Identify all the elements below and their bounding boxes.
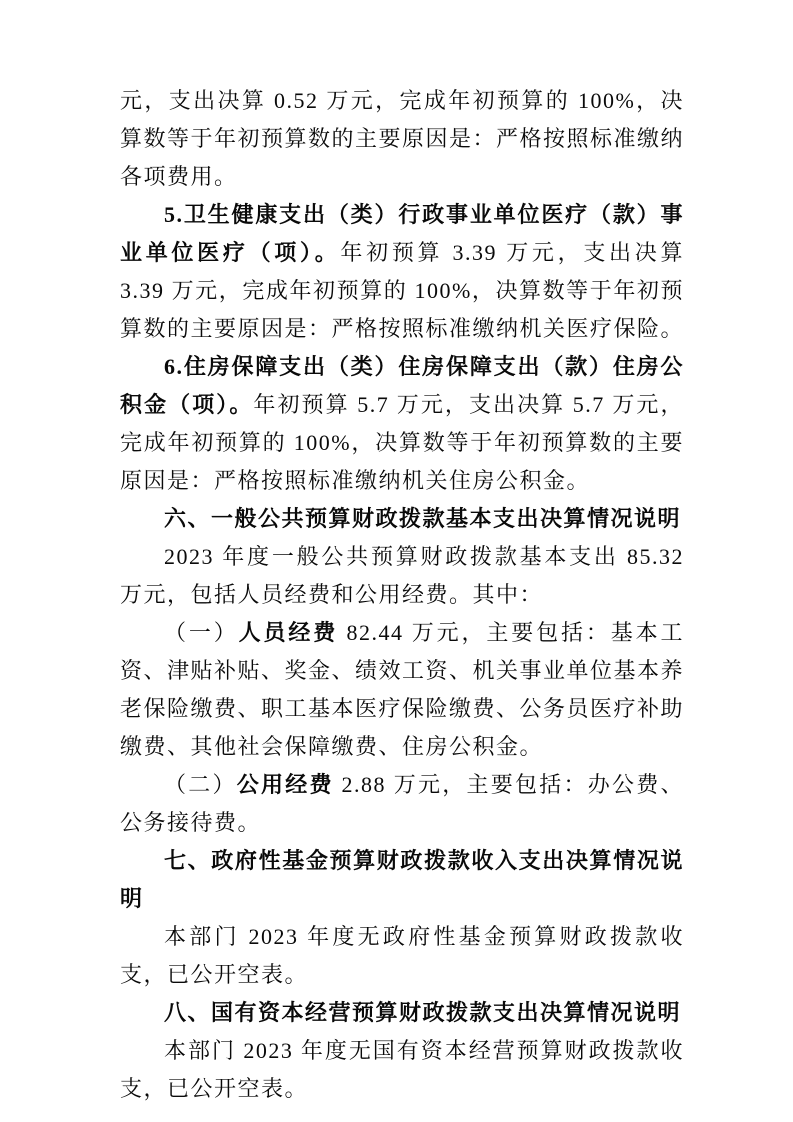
heading-section-7: 七、政府性基金预算财政拨款收入支出决算情况说明 [120, 842, 684, 918]
heading-section-8: 八、国有资本经营预算财政拨款支出决算情况说明 [120, 994, 684, 1032]
paragraph-section-6-intro: 2023 年度一般公共预算财政拨款基本支出 85.32 万元，包括人员经费和公用… [120, 538, 684, 614]
heading-section-6: 六、一般公共预算财政拨款基本支出决算情况说明 [120, 500, 684, 538]
public-expense-label: 公用经费 [237, 772, 334, 797]
heading-section-8-text: 八、国有资本经营预算财政拨款支出决算情况说明 [164, 1000, 681, 1025]
paragraph-public-expense: （二）公用经费 2.88 万元，主要包括：办公费、公务接待费。 [120, 766, 684, 842]
document-page: { "page": { "background": "#ffffff", "te… [0, 0, 793, 1122]
paragraph-item-5: 5.卫生健康支出（类）行政事业单位医疗（款）事业单位医疗（项）。年初预算 3.3… [120, 196, 684, 348]
paragraph-item-6: 6.住房保障支出（类）住房保障支出（款）住房公积金（项）。年初预算 5.7 万元… [120, 348, 684, 500]
carryover-text: 元，支出决算 0.52 万元，完成年初预算的 100%，决算数等于年初预算数的主… [120, 88, 684, 189]
personnel-expense-prefix: （一） [164, 620, 239, 645]
personnel-expense-label: 人员经费 [239, 620, 338, 645]
public-expense-prefix: （二） [164, 772, 237, 797]
paragraph-section-8-body: 本部门 2023 年度无国有资本经营预算财政拨款收支，已公开空表。 [120, 1032, 684, 1108]
section-8-body-text: 本部门 2023 年度无国有资本经营预算财政拨款收支，已公开空表。 [120, 1038, 684, 1101]
section-6-intro-text: 2023 年度一般公共预算财政拨款基本支出 85.32 万元，包括人员经费和公用… [120, 544, 684, 607]
paragraph-carryover: 元，支出决算 0.52 万元，完成年初预算的 100%，决算数等于年初预算数的主… [120, 82, 684, 196]
document-body: 元，支出决算 0.52 万元，完成年初预算的 100%，决算数等于年初预算数的主… [120, 82, 684, 1108]
section-7-body-text: 本部门 2023 年度无政府性基金预算财政拨款收支，已公开空表。 [120, 924, 684, 987]
heading-section-7-text: 七、政府性基金预算财政拨款收入支出决算情况说明 [120, 848, 684, 911]
heading-section-6-text: 六、一般公共预算财政拨款基本支出决算情况说明 [164, 506, 681, 531]
paragraph-personnel-expense: （一）人员经费 82.44 万元，主要包括：基本工资、津贴补贴、奖金、绩效工资、… [120, 614, 684, 766]
paragraph-section-7-body: 本部门 2023 年度无政府性基金预算财政拨款收支，已公开空表。 [120, 918, 684, 994]
